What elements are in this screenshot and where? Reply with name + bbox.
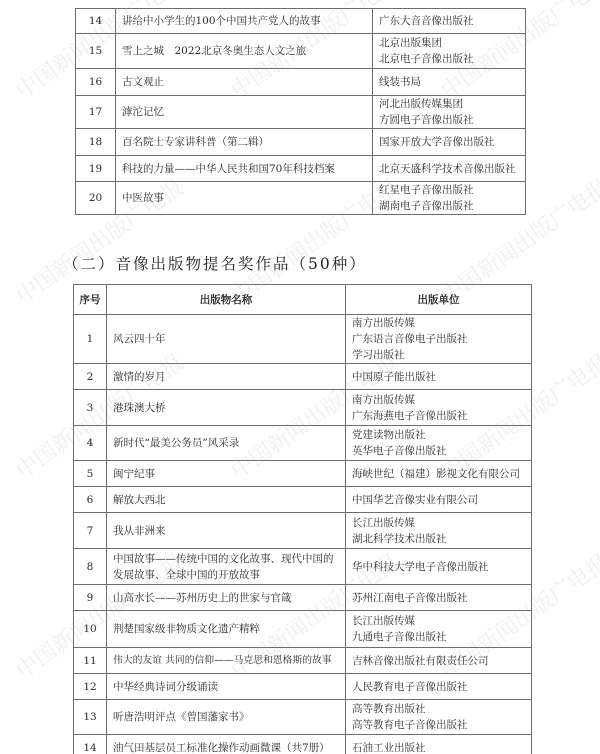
publisher-cell: 南方出版传媒 广东海燕电子音像出版社 — [346, 390, 532, 426]
publication-title: 科技的力量——中华人民共和国70年科技档案 — [116, 156, 373, 182]
publication-title: 油气田基层员工标准化操作动画微课（共7册） — [107, 735, 346, 754]
publisher: 长江出版传媒 — [352, 515, 525, 531]
publisher: 英华电子音像出版社 — [352, 443, 525, 459]
row-number: 11 — [74, 648, 107, 674]
column-header-number: 序号 — [74, 285, 107, 315]
row-number: 14 — [76, 9, 116, 34]
table-row: 8 中国故事——传统中国的文化故事、现代中国的发展故事、全球中国的开放故事 华中… — [74, 549, 532, 585]
publisher: 吉林音像出版社有限责任公司 — [352, 653, 525, 669]
table-row: 11 伟大的友谊 共同的信仰——马克思和恩格斯的故事 吉林音像出版社有限责任公司 — [74, 648, 532, 674]
publisher: 国家开放大学音像出版社 — [379, 134, 519, 150]
publisher: 中国原子能出版社 — [352, 369, 525, 385]
row-number: 16 — [76, 69, 116, 96]
row-number: 15 — [76, 34, 116, 69]
table-row: 3 港珠澳大桥 南方出版传媒 广东海燕电子音像出版社 — [74, 390, 532, 426]
table-row: 9 山高水长——苏州历史上的世家与官箴 苏州江南电子音像出版社 — [74, 585, 532, 611]
table-row: 14 油气田基层员工标准化操作动画微课（共7册） 石油工业出版社 — [74, 735, 532, 754]
publisher: 长江出版传媒 — [352, 613, 525, 629]
table-row: 10 荆楚国家级非物质文化遗产精粹 长江出版传媒 九通电子音像出版社 — [74, 611, 532, 648]
publisher-cell: 南方出版传媒 广东语言音像电子出版社 学习出版社 — [346, 315, 532, 364]
publisher: 广东海燕电子音像出版社 — [352, 408, 525, 424]
publisher-cell: 吉林音像出版社有限责任公司 — [346, 648, 532, 674]
publisher: 湖北科学技术出版社 — [352, 531, 525, 547]
row-number: 17 — [76, 96, 116, 129]
table-row: 16 古文观止 线装书局 — [76, 69, 526, 96]
section-heading: （二）音像出版物提名奖作品（50种） — [63, 252, 367, 274]
publisher: 广东大音音像出版社 — [379, 13, 519, 29]
row-number: 1 — [74, 315, 107, 364]
row-number: 2 — [74, 364, 107, 390]
row-number: 4 — [74, 426, 107, 461]
publisher-cell: 中国华艺音像实业有限公司 — [346, 487, 532, 513]
publication-title: 讲给中小学生的100个中国共产党人的故事 — [116, 9, 373, 34]
publisher: 北京天盛科学技术音像出版社 — [379, 161, 519, 177]
table-row: 2 激情的岁月 中国原子能出版社 — [74, 364, 532, 390]
table-row: 17 滹沱记忆 河北出版传媒集团 方圆电子音像出版社 — [76, 96, 526, 129]
publisher-cell: 苏州江南电子音像出版社 — [346, 585, 532, 611]
nomination-table: 序号 出版物名称 出版单位 1 风云四十年 南方出版传媒 广东语言音像电子出版社… — [73, 284, 532, 754]
table-row: 7 我从非洲来 长江出版传媒 湖北科学技术出版社 — [74, 513, 532, 549]
publication-title: 荆楚国家级非物质文化遗产精粹 — [107, 611, 346, 648]
publisher: 高等教育电子音像出版社 — [352, 717, 525, 733]
publication-title: 我从非洲来 — [107, 513, 346, 549]
row-number: 14 — [74, 735, 107, 754]
publisher: 南方出版传媒 — [352, 392, 525, 408]
row-number: 3 — [74, 390, 107, 426]
row-number: 13 — [74, 700, 107, 735]
table-row: 12 中华经典诗词分级诵读 人民教育电子音像出版社 — [74, 674, 532, 700]
publication-title: 解放大西北 — [107, 487, 346, 513]
publisher: 河北出版传媒集团 — [379, 96, 519, 112]
publisher: 党建读物出版社 — [352, 427, 525, 443]
publisher-cell: 国家开放大学音像出版社 — [373, 129, 526, 156]
publisher-cell: 河北出版传媒集团 方圆电子音像出版社 — [373, 96, 526, 129]
row-number: 8 — [74, 549, 107, 585]
publisher: 北京电子音像出版社 — [379, 51, 519, 67]
row-number: 20 — [76, 182, 116, 215]
publisher-cell: 北京天盛科学技术音像出版社 — [373, 156, 526, 182]
table-row: 20 中医故事 红星电子音像出版社 湖南电子音像出版社 — [76, 182, 526, 215]
publication-title: 风云四十年 — [107, 315, 346, 364]
publication-title: 港珠澳大桥 — [107, 390, 346, 426]
publication-title: 中国故事——传统中国的文化故事、现代中国的发展故事、全球中国的开放故事 — [107, 549, 346, 585]
publication-title: 雪上之城 2022北京冬奥生态人文之旅 — [116, 34, 373, 69]
publication-title: 激情的岁月 — [107, 364, 346, 390]
table-row: 19 科技的力量——中华人民共和国70年科技档案 北京天盛科学技术音像出版社 — [76, 156, 526, 182]
table-row: 15 雪上之城 2022北京冬奥生态人文之旅 北京出版集团 北京电子音像出版社 — [76, 34, 526, 69]
publication-title: 百名院士专家讲科普（第二辑） — [116, 129, 373, 156]
row-number: 10 — [74, 611, 107, 648]
publisher: 海峡世纪（福建）影视文化有限公司 — [352, 466, 525, 482]
publisher: 南方出版传媒 — [352, 315, 525, 331]
publisher: 学习出版社 — [352, 347, 525, 363]
publication-title: 古文观止 — [116, 69, 373, 96]
publisher: 方圆电子音像出版社 — [379, 112, 519, 128]
column-header-title: 出版物名称 — [107, 285, 346, 315]
publisher-cell: 红星电子音像出版社 湖南电子音像出版社 — [373, 182, 526, 215]
row-number: 9 — [74, 585, 107, 611]
row-number: 5 — [74, 461, 107, 487]
publisher-cell: 华中科技大学电子音像出版社 — [346, 549, 532, 585]
table-row: 13 听唐浩明评点《曾国藩家书》 高等教育出版社 高等教育电子音像出版社 — [74, 700, 532, 735]
publisher: 红星电子音像出版社 — [379, 182, 519, 198]
publisher: 华中科技大学电子音像出版社 — [352, 559, 525, 575]
publisher: 线装书局 — [379, 74, 519, 90]
publisher: 中国华艺音像实业有限公司 — [352, 492, 525, 508]
table-row: 6 解放大西北 中国华艺音像实业有限公司 — [74, 487, 532, 513]
table-row: 5 闽宁纪事 海峡世纪（福建）影视文化有限公司 — [74, 461, 532, 487]
publication-title: 滹沱记忆 — [116, 96, 373, 129]
publisher: 广东语言音像电子出版社 — [352, 331, 525, 347]
publisher-cell: 长江出版传媒 九通电子音像出版社 — [346, 611, 532, 648]
table-row: 4 新时代“最美公务员”风采录 党建读物出版社 英华电子音像出版社 — [74, 426, 532, 461]
publisher: 高等教育出版社 — [352, 701, 525, 717]
publisher-cell: 海峡世纪（福建）影视文化有限公司 — [346, 461, 532, 487]
publisher-cell: 中国原子能出版社 — [346, 364, 532, 390]
publication-title: 闽宁纪事 — [107, 461, 346, 487]
publisher: 北京出版集团 — [379, 35, 519, 51]
row-number: 12 — [74, 674, 107, 700]
row-number: 7 — [74, 513, 107, 549]
publisher-cell: 北京出版集团 北京电子音像出版社 — [373, 34, 526, 69]
publisher: 人民教育电子音像出版社 — [352, 679, 525, 695]
publication-title: 新时代“最美公务员”风采录 — [107, 426, 346, 461]
publication-title: 中华经典诗词分级诵读 — [107, 674, 346, 700]
publisher-cell: 人民教育电子音像出版社 — [346, 674, 532, 700]
table-row: 14 讲给中小学生的100个中国共产党人的故事 广东大音音像出版社 — [76, 9, 526, 34]
publisher-cell: 党建读物出版社 英华电子音像出版社 — [346, 426, 532, 461]
publisher: 湖南电子音像出版社 — [379, 198, 519, 214]
publication-title: 伟大的友谊 共同的信仰——马克思和恩格斯的故事 — [107, 648, 346, 674]
row-number: 6 — [74, 487, 107, 513]
publication-title: 中医故事 — [116, 182, 373, 215]
publisher: 苏州江南电子音像出版社 — [352, 590, 525, 606]
row-number: 19 — [76, 156, 116, 182]
publisher-cell: 石油工业出版社 — [346, 735, 532, 754]
row-number: 18 — [76, 129, 116, 156]
publisher: 石油工业出版社 — [352, 740, 525, 754]
table-header-row: 序号 出版物名称 出版单位 — [74, 285, 532, 315]
publisher-cell: 广东大音音像出版社 — [373, 9, 526, 34]
publisher-cell: 高等教育出版社 高等教育电子音像出版社 — [346, 700, 532, 735]
publisher-cell: 长江出版传媒 湖北科学技术出版社 — [346, 513, 532, 549]
award-table-continued: 14 讲给中小学生的100个中国共产党人的故事 广东大音音像出版社 15 雪上之… — [75, 8, 526, 215]
publication-title: 山高水长——苏州历史上的世家与官箴 — [107, 585, 346, 611]
table-row: 1 风云四十年 南方出版传媒 广东语言音像电子出版社 学习出版社 — [74, 315, 532, 364]
publisher: 九通电子音像出版社 — [352, 629, 525, 645]
publisher-cell: 线装书局 — [373, 69, 526, 96]
table-row: 18 百名院士专家讲科普（第二辑） 国家开放大学音像出版社 — [76, 129, 526, 156]
column-header-publisher: 出版单位 — [346, 285, 532, 315]
publication-title: 听唐浩明评点《曾国藩家书》 — [107, 700, 346, 735]
